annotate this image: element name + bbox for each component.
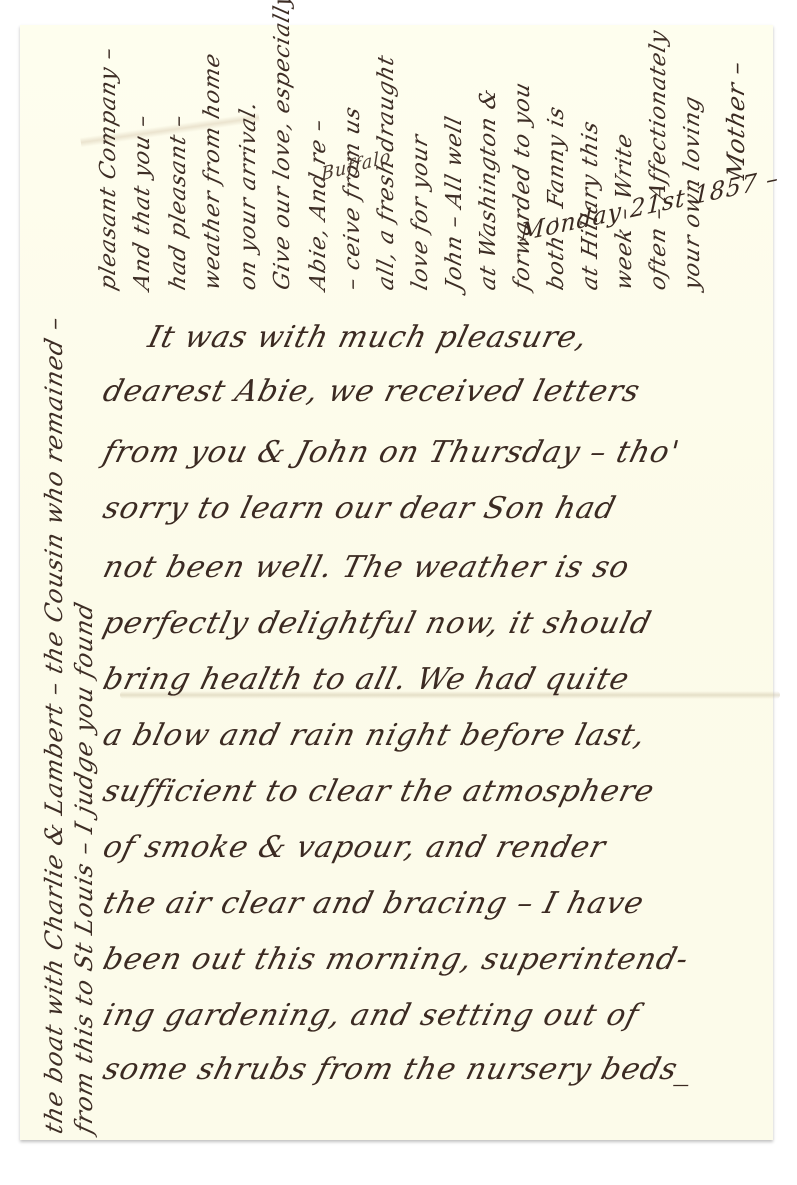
body-line: some shrubs from the nursery beds_: [100, 1055, 697, 1085]
body-line: sorry to learn our dear Son had: [100, 494, 619, 524]
letter-body: It was with much pleasure, dearest Abie,…: [20, 25, 773, 1140]
body-line: of smoke & vapour, and render: [100, 833, 609, 863]
body-line: the air clear and bracing – I have: [100, 889, 647, 919]
body-line: sufficient to clear the atmosphere: [100, 777, 658, 807]
body-line: been out this morning, superintend-: [100, 945, 692, 975]
body-line: a blow and rain night before last,: [100, 721, 649, 751]
letter-paper: the boat with Charlie & Lambert – the Co…: [20, 25, 773, 1140]
body-line: from you & John on Thursday – tho': [100, 438, 682, 468]
body-line: ing gardening, and setting out of: [100, 1001, 642, 1031]
body-line: not been well. The weather is so: [100, 553, 633, 583]
body-line: dearest Abie, we received letters: [100, 377, 643, 407]
body-line: bring health to all. We had quite: [100, 665, 633, 695]
body-line: It was with much pleasure,: [145, 323, 591, 353]
body-line: perfectly delightful now, it should: [100, 609, 655, 639]
